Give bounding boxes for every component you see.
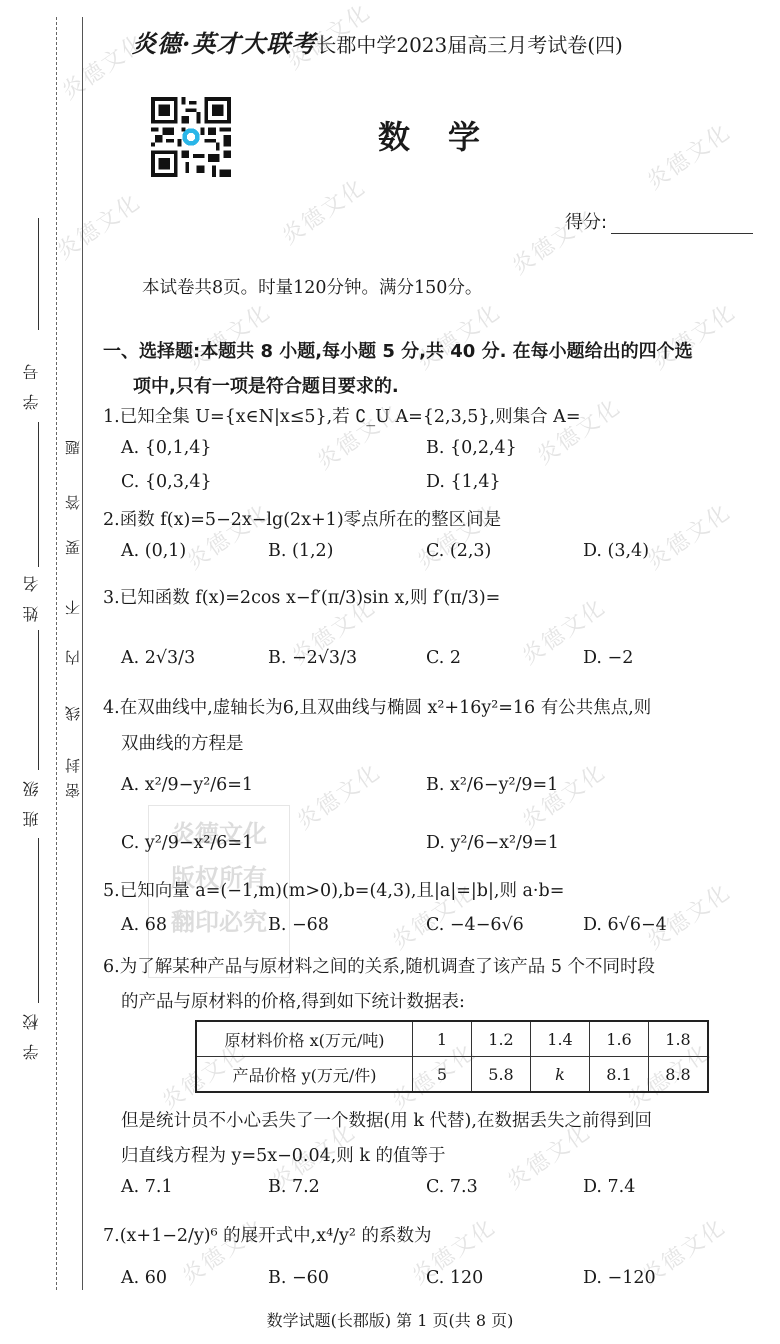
q5-option-b[interactable]: B. −68 [268, 915, 329, 935]
question-2: 2.函数 f(x)=5−2x−lg(2x+1)零点所在的整区间是 [103, 506, 501, 531]
q6-option-a[interactable]: A. 7.1 [121, 1177, 173, 1197]
q1-option-d[interactable]: D. {1,4} [426, 472, 501, 492]
q1-option-c[interactable]: C. {0,3,4} [121, 472, 212, 492]
watermark: 炎德文化 [645, 295, 741, 375]
cut-line-dotted [56, 17, 57, 1290]
table-cell: 1.8 [649, 1021, 709, 1057]
question-stem: 为了解某种产品与原材料之间的关系,随机调查了该产品 5 个不同时段 [120, 957, 655, 977]
question-stem: 在双曲线中,虚轴长为6,且双曲线与椭圆 x²+16y²=16 有公共焦点,则 [120, 698, 652, 718]
score-label: 得分: [565, 212, 607, 233]
school-label: 学校 [20, 1000, 43, 1060]
table-cell: 1.2 [472, 1021, 531, 1057]
q5-option-c[interactable]: C. −4−6√6 [426, 915, 524, 935]
student-id-label: 学号 [20, 350, 43, 410]
watermark: 炎德文化 [410, 295, 506, 375]
q3-option-d[interactable]: D. −2 [583, 648, 633, 668]
question-stem: (x+1−2/y)⁶ 的展开式中,x⁴/y² 的系数为 [120, 1226, 432, 1246]
table-cell: 1 [413, 1021, 472, 1057]
exam-header: 炎德·英才大联考长郡中学2023届高三月考试卷(四) [132, 24, 623, 59]
page-footer: 数学试题(长郡版) 第 1 页(共 8 页) [0, 1308, 780, 1331]
school-underline [38, 838, 39, 1003]
watermark: 炎德文化 [515, 755, 611, 835]
table-row: 原材料价格 x(万元/吨) 1 1.2 1.4 1.6 1.8 [196, 1021, 708, 1057]
question-5: 5.已知向量 a=(−1,m)(m>0),b=(4,3),且|a|=|b|,则 … [103, 877, 564, 902]
q3-option-a[interactable]: A. 2√3/3 [121, 648, 195, 668]
question-6-after-cont: 归直线方程为 y=5x−0.04,则 k 的值等于 [121, 1142, 446, 1167]
row-header: 产品价格 y(万元/件) [196, 1057, 413, 1093]
data-table: 原材料价格 x(万元/吨) 1 1.2 1.4 1.6 1.8 产品价格 y(万… [195, 1020, 709, 1093]
q7-option-c[interactable]: C. 120 [426, 1268, 483, 1288]
q2-option-b[interactable]: B. (1,2) [268, 541, 333, 561]
q6-option-d[interactable]: D. 7.4 [583, 1177, 635, 1197]
q6-option-b[interactable]: B. 7.2 [268, 1177, 320, 1197]
question-stem: 函数 f(x)=5−2x−lg(2x+1)零点所在的整区间是 [120, 510, 501, 530]
q2-option-d[interactable]: D. (3,4) [583, 541, 649, 561]
question-6-cont: 的产品与原材料的价格,得到如下统计数据表: [121, 988, 465, 1013]
question-stem: 已知向量 a=(−1,m)(m>0),b=(4,3),且|a|=|b|,则 a·… [120, 881, 565, 901]
q2-option-c[interactable]: C. (2,3) [426, 541, 491, 561]
name-underline [38, 422, 39, 567]
question-4: 4.在双曲线中,虚轴长为6,且双曲线与椭圆 x²+16y²=16 有公共焦点,则 [103, 694, 651, 719]
watermark: 炎德文化 [50, 185, 146, 265]
watermark: 炎德文化 [275, 170, 371, 250]
q7-option-d[interactable]: D. −120 [583, 1268, 656, 1288]
subject-title: 数学 [378, 112, 518, 158]
q5-option-a[interactable]: A. 68 [121, 915, 167, 935]
q7-option-a[interactable]: A. 60 [121, 1268, 167, 1288]
question-4-cont: 双曲线的方程是 [121, 730, 244, 755]
section-title: 一、选择题:本题共 8 小题,每小题 5 分,共 40 分. 在每小题给出的四个… [103, 337, 693, 363]
watermark: 炎德文化 [180, 295, 276, 375]
table-cell: 8.1 [590, 1057, 649, 1093]
watermark: 炎德文化 [640, 115, 736, 195]
q2-option-a[interactable]: A. (0,1) [121, 541, 186, 561]
qr-code-icon[interactable] [151, 97, 231, 177]
class-label: 班级 [20, 767, 43, 827]
q4-option-c[interactable]: C. y²/9−x²/6=1 [121, 833, 253, 853]
q5-option-d[interactable]: D. 6√6−4 [583, 915, 667, 935]
q4-option-d[interactable]: D. y²/6−x²/9=1 [426, 833, 559, 853]
table-cell: 5 [413, 1057, 472, 1093]
question-1: 1.已知全集 U={x∈N|x≤5},若 ∁_U A={2,3,5},则集合 A… [103, 403, 581, 428]
watermark: 炎德文化 [290, 755, 386, 835]
watermark: 炎德文化 [640, 495, 736, 575]
class-underline [38, 630, 39, 770]
table-cell: 1.6 [590, 1021, 649, 1057]
question-stem: 已知函数 f(x)=2cos x−f′(π/3)sin x,则 f′(π/3)= [120, 588, 501, 608]
q3-option-b[interactable]: B. −2√3/3 [268, 648, 357, 668]
student-id-underline [38, 218, 39, 330]
row-header: 原材料价格 x(万元/吨) [196, 1021, 413, 1057]
score-field: 得分: [565, 208, 753, 234]
table-row: 产品价格 y(万元/件) 5 5.8 k 8.1 8.8 [196, 1057, 708, 1093]
q4-option-a[interactable]: A. x²/9−y²/6=1 [121, 775, 253, 795]
table-cell: 8.8 [649, 1057, 709, 1093]
q3-option-c[interactable]: C. 2 [426, 648, 461, 668]
exam-instructions: 本试卷共8页。时量120分钟。满分150分。 [142, 274, 482, 299]
q1-option-b[interactable]: B. {0,2,4} [426, 438, 517, 458]
q6-option-c[interactable]: C. 7.3 [426, 1177, 478, 1197]
q1-option-a[interactable]: A. {0,1,4} [121, 438, 212, 458]
question-6-after: 但是统计员不小心丢失了一个数据(用 k 代替),在数据丢失之前得到回 [121, 1107, 652, 1132]
table-cell: 5.8 [472, 1057, 531, 1093]
q7-option-b[interactable]: B. −60 [268, 1268, 329, 1288]
table-cell: 1.4 [531, 1021, 590, 1057]
question-stem: 已知全集 U={x∈N|x≤5},若 ∁_U A={2,3,5},则集合 A= [120, 407, 581, 427]
question-6: 6.为了解某种产品与原材料之间的关系,随机调查了该产品 5 个不同时段 [103, 953, 655, 978]
section-title-cont: 项中,只有一项是符合题目要求的. [133, 372, 399, 398]
q4-option-b[interactable]: B. x²/6−y²/9=1 [426, 775, 558, 795]
question-3: 3.已知函数 f(x)=2cos x−f′(π/3)sin x,则 f′(π/3… [103, 584, 500, 609]
exam-title: 长郡中学2023届高三月考试卷(四) [316, 33, 623, 57]
table-cell: k [531, 1057, 590, 1093]
brand-title: 炎德·英才大联考 [132, 29, 316, 58]
score-input-line[interactable] [611, 215, 753, 234]
question-7: 7.(x+1−2/y)⁶ 的展开式中,x⁴/y² 的系数为 [103, 1222, 432, 1247]
name-label: 姓名 [20, 562, 43, 622]
